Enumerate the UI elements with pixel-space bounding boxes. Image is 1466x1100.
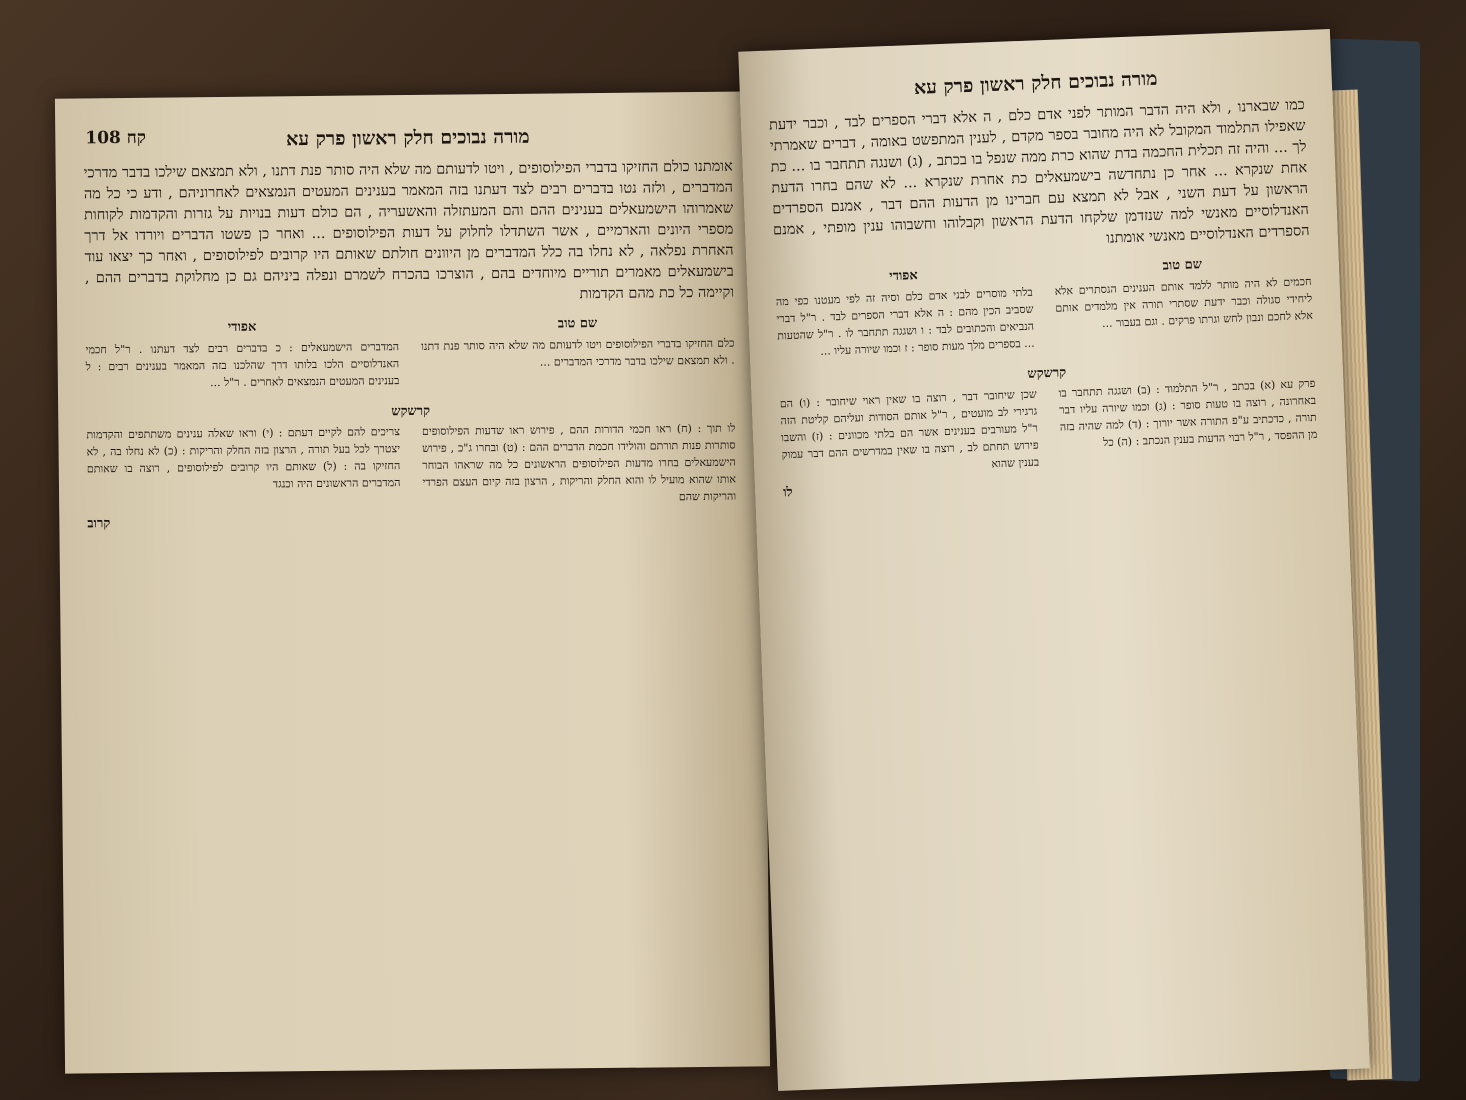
running-head: מורה נבוכים חלק ראשון פרק עא	[83, 124, 732, 154]
right-page: מורה נבוכים חלק ראשון פרק עא כמו שבארנו …	[738, 29, 1369, 1091]
commentary-shem-tov: שם טוב חכמים לא היה מותר ללמד אותם הענינ…	[1054, 252, 1314, 351]
folio-hebrew: קח	[127, 128, 146, 148]
main-text: אומתנו כולם החזיקו בדברי הפילוסופים , וי…	[84, 157, 735, 311]
catchword: קרוב	[87, 509, 736, 532]
commentary-title: אפודי	[85, 317, 399, 337]
main-text: כמו שבארנו , ולא היה הדבר המותר לפני אדם…	[769, 95, 1310, 262]
commentary-body: המדברים הישמעאלים : כ בדברים רבים לצד דע…	[85, 338, 399, 392]
commentary-crescas: קרשקש לו תוך : (ח) ראו חכמי הדורות ההם ,…	[86, 400, 736, 532]
crescas-column-left: שכן שיחובר דבר , רוצה בו שאין ראוי שיחוב…	[779, 386, 1039, 481]
commentary-crescas: קרשקש פרק עא (א) בכתב , ר"ל התלמוד : (ב)…	[779, 355, 1319, 500]
crescas-column-right: פרק עא (א) בכתב , ר"ל התלמוד : (ב) ושגגה…	[1058, 375, 1318, 470]
commentary-efodi: אפודי המדברים הישמעאלים : כ בדברים רבים …	[85, 317, 399, 392]
commentary-efodi: אפודי בלתי מוסרים לבני אדם כלם וסיה זה ל…	[775, 263, 1035, 362]
left-page: 108 קח מורה נבוכים חלק ראשון פרק עא אומת…	[55, 91, 770, 1073]
commentary-title: שם טוב	[421, 314, 735, 334]
commentary-columns: שם טוב חכמים לא היה מותר ללמד אותם הענינ…	[775, 252, 1314, 362]
commentary-shem-tov: שם טוב כלם החזיקו בדברי הפילוסופים ויטו …	[421, 314, 735, 389]
commentary-columns: שם טוב כלם החזיקו בדברי הפילוסופים ויטו …	[85, 314, 735, 393]
commentary-title: קרשקש	[86, 400, 735, 423]
folio: 108 קח	[85, 128, 146, 149]
commentary-body: כלם החזיקו בדברי הפילוסופים ויטו לדעותם …	[421, 335, 735, 372]
commentary-body: חכמים לא היה מותר ללמד אותם הענינים הנסת…	[1054, 273, 1313, 334]
folio-number: 108	[85, 128, 121, 148]
commentary-body: בלתי מוסרים לבני אדם כלם וסיה זה לפי מעט…	[776, 284, 1035, 362]
crescas-column-right: לו תוך : (ח) ראו חכמי הדורות ההם , פירוש…	[422, 420, 736, 508]
crescas-column-left: צריכים להם לקיים דעתם : (י) וראו שאלה ענ…	[86, 423, 400, 511]
